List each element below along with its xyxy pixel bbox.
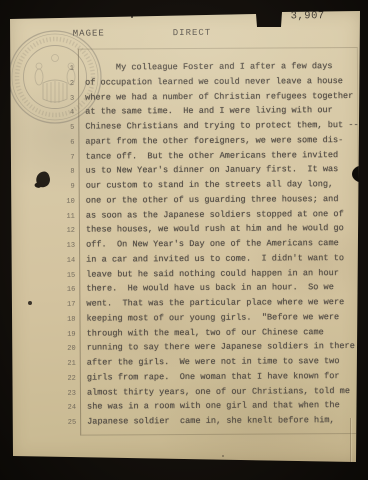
- line-text: these houses, we would rush at him and h…: [86, 224, 344, 234]
- line-number: 4: [7, 109, 76, 117]
- line-number: 21: [9, 360, 78, 368]
- scan-background: 3,907 MAGEE DIRECT 1 My colleague Foster…: [0, 0, 368, 480]
- line-text: of occupation learned we could never lea…: [85, 77, 343, 87]
- line-number: 14: [8, 256, 77, 264]
- line-number: 20: [9, 345, 78, 353]
- line-text: our custom to stand in the streets all d…: [86, 180, 334, 190]
- line-number: 19: [9, 330, 78, 338]
- line-text: us to New Year's dinner on January first…: [86, 165, 339, 175]
- line-text: leave but he said nothing could happen i…: [86, 269, 339, 279]
- line-number: 2: [7, 79, 76, 87]
- line-number: 17: [8, 301, 77, 309]
- line-number: 25: [9, 419, 78, 427]
- line-text: she was in a room with one girl and that…: [87, 401, 340, 411]
- line-number: 10: [8, 197, 77, 205]
- line-text: off. On New Year's Day one of the Americ…: [86, 239, 339, 249]
- line-number: 15: [8, 271, 77, 279]
- line-text: Japanese soldier came in, she knelt befo…: [87, 416, 335, 426]
- line-text: apart from the other foreigners, we were…: [85, 136, 343, 146]
- transcript-line: 25Japanese soldier came in, she knelt be…: [9, 416, 365, 433]
- line-number: 23: [9, 389, 78, 397]
- line-number: 11: [8, 212, 77, 220]
- paper-speck: [131, 16, 133, 18]
- line-text: there. He would have us back in an hour.…: [86, 283, 334, 293]
- line-number: 18: [8, 315, 77, 323]
- paper-crease: [350, 418, 351, 464]
- line-number: 7: [7, 153, 76, 161]
- transcript-lines: 1 My colleague Foster and I after a few …: [7, 62, 365, 433]
- typed-content: 3,907 MAGEE DIRECT 1 My colleague Foster…: [7, 7, 366, 465]
- line-text: went. That was the particular place wher…: [86, 298, 344, 308]
- line-number: 3: [7, 94, 76, 102]
- line-number: 13: [8, 242, 77, 250]
- line-number: 24: [9, 404, 78, 412]
- line-number: 22: [9, 374, 78, 382]
- line-text: one or the other of us guarding three ho…: [86, 195, 339, 205]
- line-number: 6: [7, 138, 76, 146]
- line-text: girls from rape. One woman that I have k…: [87, 372, 340, 382]
- line-number: 5: [7, 124, 76, 132]
- line-number: 16: [8, 286, 77, 294]
- paper-speck: [222, 455, 224, 457]
- examination-type-header: DIRECT: [173, 28, 211, 38]
- line-text: almost thirty years, one of our Christia…: [87, 387, 350, 397]
- page-number: 3,907: [291, 10, 325, 22]
- line-text: keeping most of our young girls. "Before…: [86, 313, 339, 323]
- line-text: through with the meal, two of our Chines…: [87, 328, 324, 338]
- line-text: running to say there were Japanese soldi…: [87, 342, 355, 352]
- paper-speck: [28, 301, 32, 305]
- line-text: Chinese Christians and trying to protect…: [85, 121, 358, 131]
- line-text: at the same time. He and I were living w…: [85, 106, 333, 116]
- line-text: My colleague Foster and I after a few da…: [85, 62, 333, 72]
- line-text: where we had a number of Christian refug…: [85, 91, 353, 101]
- line-text: tance off. But the other Americans there…: [85, 151, 338, 161]
- line-number: 1: [7, 65, 76, 73]
- document-page: 3,907 MAGEE DIRECT 1 My colleague Foster…: [8, 8, 364, 464]
- line-text: in a car and invited us to come. I didn'…: [86, 254, 344, 264]
- line-number: 12: [8, 227, 77, 235]
- line-text: as soon as the Japanese soldiers stopped…: [86, 210, 344, 220]
- witness-name-header: MAGEE: [73, 28, 105, 38]
- line-text: after the girls. We were not in time to …: [87, 357, 340, 367]
